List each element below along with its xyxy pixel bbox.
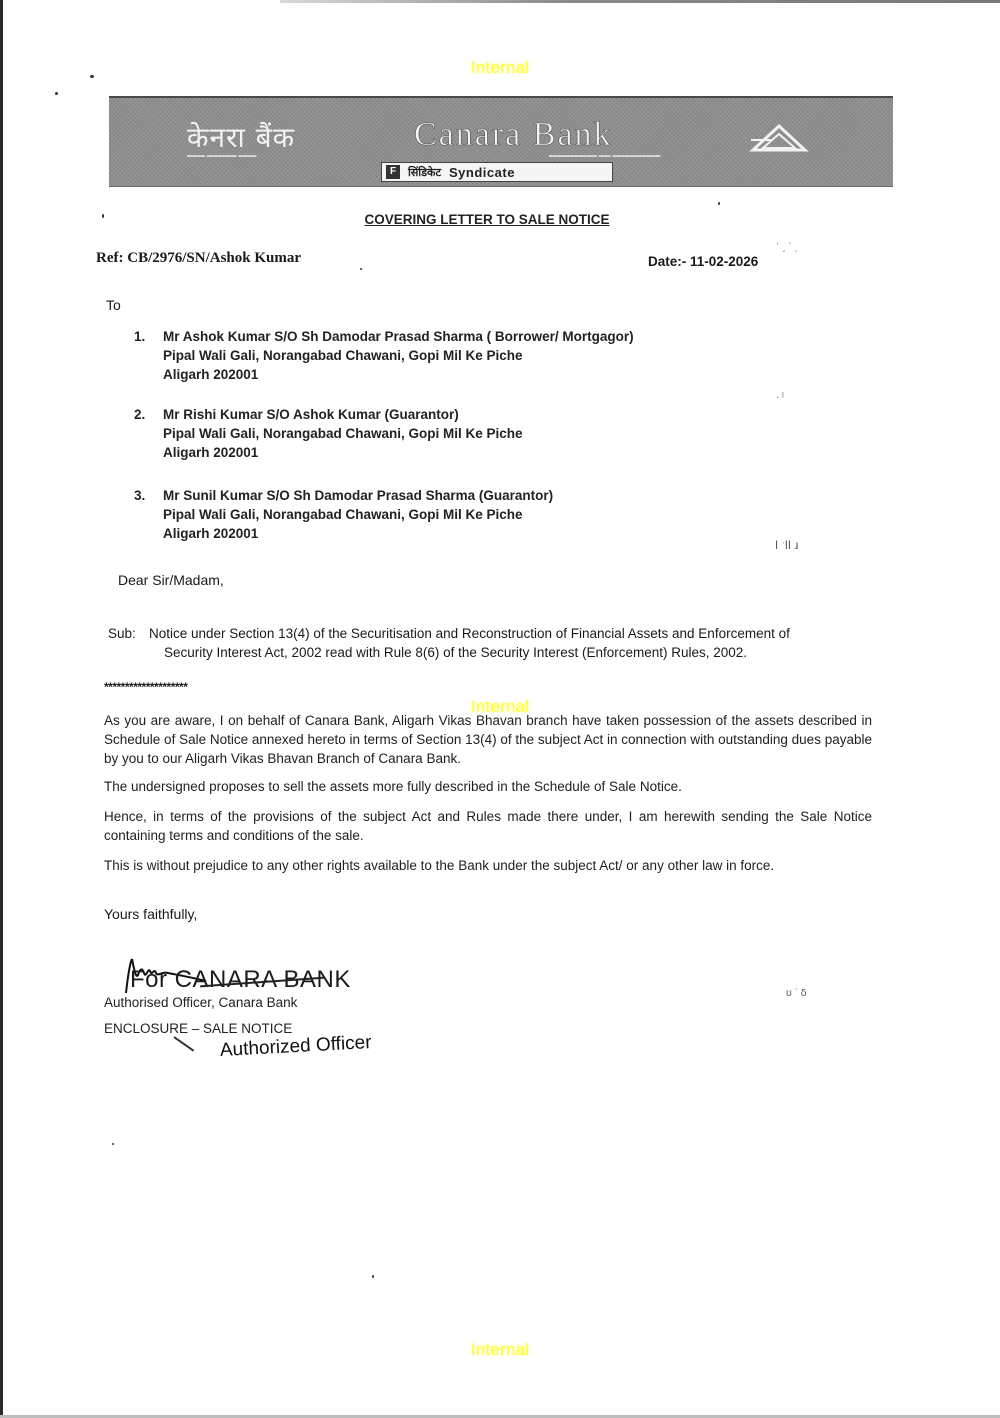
closing: Yours faithfully, [104, 906, 197, 922]
to-label: To [106, 297, 121, 313]
scan-edge-top [280, 0, 1000, 3]
reference-number: Ref: CB/2976/SN/Ashok Kumar [96, 250, 301, 267]
signatory-line: Authorised Officer, Canara Bank [104, 995, 297, 1010]
banner-tagline-right: ▬▬▬▬▬▬▬▬ ▬▬ ▬▬▬▬▬▬▬▬ [549, 153, 660, 159]
scan-speck [112, 1143, 114, 1145]
addressee-number: 1. [134, 327, 162, 346]
addressee-2: 2. Mr Rishi Kumar S/O Ashok Kumar (Guara… [134, 405, 523, 462]
addressee-address: Pipal Wali Gali, Norangabad Chawani, Gop… [163, 346, 634, 365]
addressee-1: 1. Mr Ashok Kumar S/O Sh Damodar Prasad … [134, 327, 634, 384]
addressee-number: 2. [134, 405, 162, 424]
canara-bank-logo-icon [749, 124, 809, 154]
paragraph-sending-notice: Hence, in terms of the provisions of the… [104, 807, 872, 845]
watermark-bottom: Internal [0, 1340, 1000, 1360]
bank-stamp: For CANARA BANK [130, 966, 351, 994]
subject-line-1: Notice under Section 13(4) of the Securi… [149, 626, 790, 641]
paragraph-possession: As you are aware, I on behalf of Canara … [104, 711, 872, 768]
paragraph-prejudice: This is without prejudice to any other r… [104, 856, 872, 875]
letter-date: Date:- 11-02-2026 [648, 254, 758, 269]
bank-name-hindi: केनरा बैंक [187, 118, 295, 156]
watermark-top: Internal [0, 58, 1000, 78]
scan-speck [55, 92, 58, 95]
subject-block: Sub: Notice under Section 13(4) of the S… [108, 624, 878, 662]
syndicate-logo-icon: F [386, 165, 400, 179]
addressee-name: Mr Rishi Kumar S/O Ashok Kumar (Guaranto… [163, 405, 523, 424]
addressee-address: Pipal Wali Gali, Norangabad Chawani, Gop… [163, 424, 523, 443]
bank-name: Canara Bank [414, 116, 613, 154]
subject-label: Sub: [108, 624, 136, 643]
addressee-address: Pipal Wali Gali, Norangabad Chawani, Gop… [163, 505, 553, 524]
scan-speck [718, 202, 720, 205]
addressee-city: Aligarh 202001 [163, 443, 523, 462]
banner-tagline-left: ▬▬▬ ▬▬▬▬▬ ▬▬▬ [187, 153, 256, 159]
addressee-city: Aligarh 202001 [163, 524, 553, 543]
scan-marks: · ˡ [776, 392, 784, 403]
syndicate-label: Syndicate [449, 165, 515, 180]
syndicate-hindi: सिंडिकेट [408, 165, 441, 180]
enclosure: ENCLOSURE – SALE NOTICE [104, 1021, 292, 1036]
subject-line-2: Security Interest Act, 2002 read with Ru… [149, 643, 878, 662]
addressee-name: Mr Sunil Kumar S/O Sh Damodar Prasad Sha… [163, 486, 553, 505]
paragraph-proposal: The undersigned proposes to sell the ass… [104, 777, 872, 796]
scan-speck [360, 268, 362, 270]
addressee-name: Mr Ashok Kumar S/O Sh Damodar Prasad Sha… [163, 327, 634, 346]
addressee-city: Aligarh 202001 [163, 365, 634, 384]
separator: ******************** [104, 680, 187, 694]
salutation: Dear Sir/Madam, [118, 572, 224, 588]
scan-speck [372, 1275, 374, 1278]
scan-marks: ʾ ˏ ˈ ˌ [776, 242, 798, 253]
syndicate-label-box: F सिंडिकेट Syndicate [381, 162, 613, 182]
pen-mark [174, 1036, 195, 1051]
designation-stamp: Authorized Officer [219, 1032, 372, 1062]
document-heading: COVERING LETTER TO SALE NOTICE [0, 212, 974, 227]
scan-marks: ʊ ˈ ẟ [786, 988, 807, 999]
addressee-number: 3. [134, 486, 162, 505]
addressee-3: 3. Mr Sunil Kumar S/O Sh Damodar Prasad … [134, 486, 553, 543]
letterhead-banner: केनरा बैंक Canara Bank ▬▬▬ ▬▬▬▬▬ ▬▬▬ ▬▬▬… [109, 96, 893, 187]
watermark-middle: Internal [0, 697, 1000, 717]
scan-marks: ǀ ˑǀǀ ɹ [775, 538, 798, 552]
